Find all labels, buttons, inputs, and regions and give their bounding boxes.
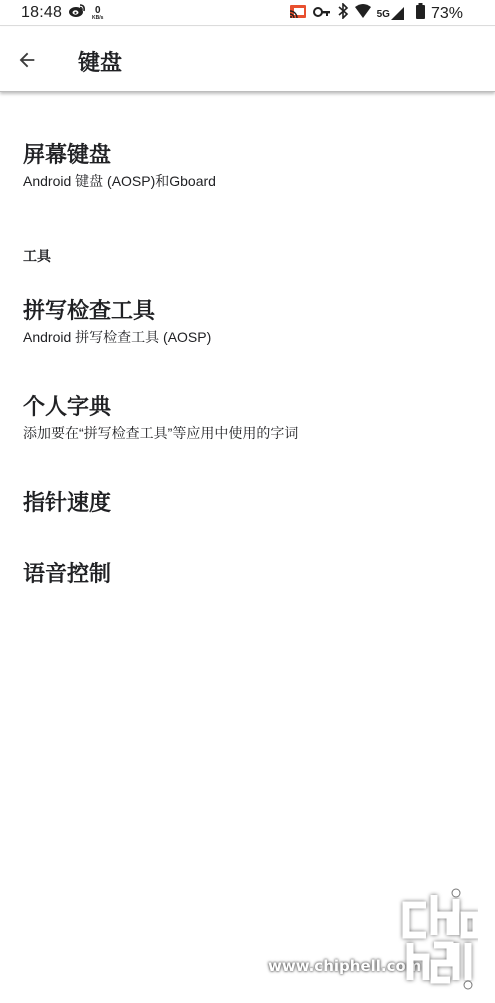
pref-personal-dictionary[interactable]: 个人字典 添加要在“拼写检查工具”等应用中使用的字词 xyxy=(23,393,298,443)
5g-signal-icon: 5G xyxy=(377,7,404,20)
category-tools-header: 工具 xyxy=(23,246,51,266)
pref-spell-checker[interactable]: 拼写检查工具 Android 拼写检查工具 (AOSP) xyxy=(23,297,211,347)
bluetooth-icon xyxy=(337,3,349,24)
network-type-label: 5G xyxy=(377,9,390,20)
watermark-text: www.chiphell.com xyxy=(268,957,421,975)
pref-summary: 添加要在“拼写检查工具”等应用中使用的字词 xyxy=(23,423,298,443)
pref-title: 指针速度 xyxy=(23,489,111,517)
battery-percent: 73% xyxy=(431,5,463,23)
app-bar: 键盘 xyxy=(0,27,495,92)
wifi-icon xyxy=(355,4,371,23)
net-speed-indicator: 0 KB/s xyxy=(92,6,103,21)
pref-pointer-speed[interactable]: 指针速度 xyxy=(23,489,111,517)
pref-on-screen-keyboard[interactable]: 屏幕键盘 Android 键盘 (AOSP)和Gboard xyxy=(23,141,216,191)
battery-icon xyxy=(416,3,425,24)
arrow-back-icon xyxy=(16,49,38,71)
back-button[interactable] xyxy=(14,47,40,73)
weibo-icon xyxy=(68,3,86,23)
pref-summary: Android 拼写检查工具 (AOSP) xyxy=(23,327,211,347)
pref-title: 拼写检查工具 xyxy=(23,297,211,325)
page-title: 键盘 xyxy=(78,46,122,77)
pref-title: 语音控制 xyxy=(23,560,111,588)
status-time: 18:48 xyxy=(21,4,62,22)
status-right: 5G 73% xyxy=(289,3,463,24)
pref-title: 屏幕键盘 xyxy=(23,141,216,169)
status-left: 18:48 0 KB/s xyxy=(21,3,103,23)
status-bar: 18:48 0 KB/s xyxy=(0,0,495,26)
pref-voice-control[interactable]: 语音控制 xyxy=(23,560,111,588)
pref-summary: Android 键盘 (AOSP)和Gboard xyxy=(23,171,216,191)
cast-icon xyxy=(289,4,307,24)
chiphell-logo xyxy=(398,885,478,990)
vpn-key-icon xyxy=(313,5,331,23)
chiphell-watermark: www.chiphell.com xyxy=(268,885,488,995)
net-speed-unit: KB/s xyxy=(92,16,103,21)
pref-title: 个人字典 xyxy=(23,393,298,421)
net-speed-value: 0 xyxy=(95,6,101,16)
